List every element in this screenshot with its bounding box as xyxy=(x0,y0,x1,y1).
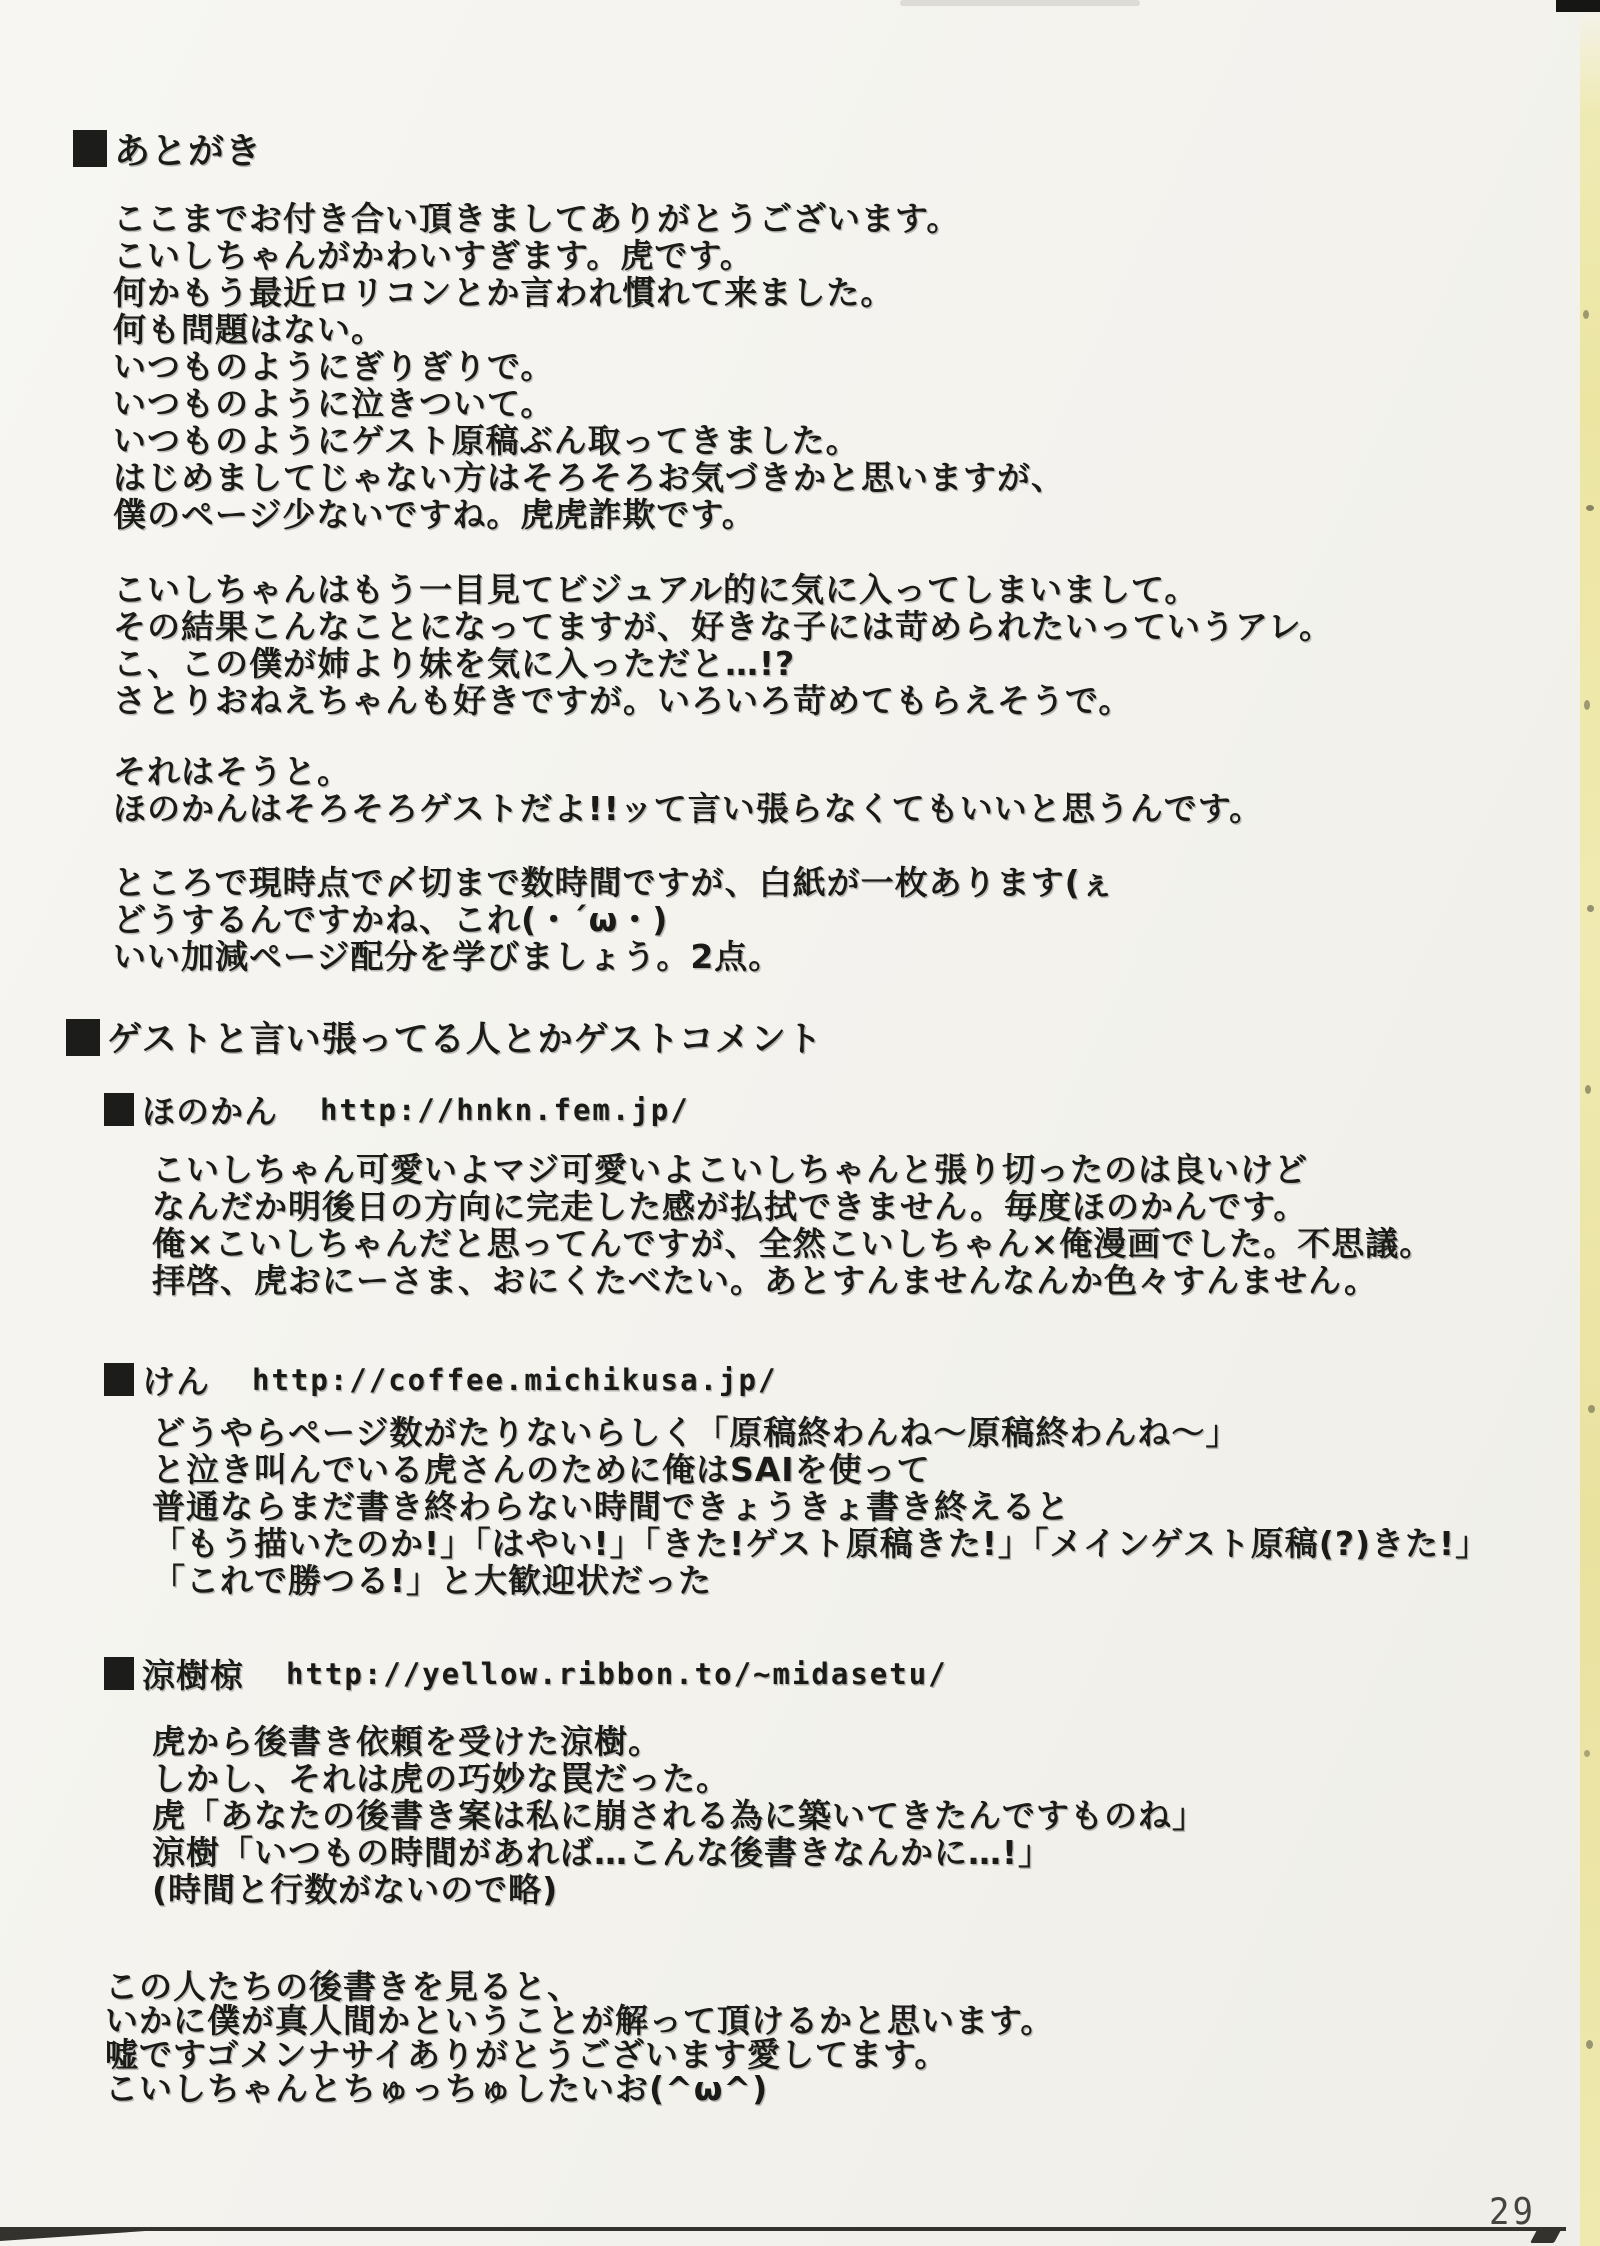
scan-speck xyxy=(1584,700,1590,710)
text-line: この人たちの後書きを見ると、 xyxy=(105,1970,1054,2004)
guest-url: http://yellow.ribbon.to/~midasetu/ xyxy=(286,1657,948,1691)
text-line: 拝啓、虎おにーさま、おにくたべたい。あとすんませんなんか色々すんません。 xyxy=(152,1262,1433,1299)
afterword-heading: あとがき xyxy=(73,123,262,174)
guest-comment-honokan: こいしちゃん可愛いよマジ可愛いよこいしちゃんと張り切ったのは良いけど なんだか明… xyxy=(152,1151,1433,1299)
afterword-paragraph-2: こいしちゃんはもう一目見てビジュアル的に気に入ってしまいまして。 その結果こんな… xyxy=(113,571,1333,719)
text-line: 普通ならまだ書き終わらない時間できょうきょ書き終えると xyxy=(152,1488,1489,1525)
square-bullet-icon xyxy=(104,1657,134,1690)
text-line: いつものようにゲスト原稿ぶん取ってきました。 xyxy=(113,422,1065,459)
scan-speck xyxy=(1587,905,1594,912)
scan-speck xyxy=(1588,1405,1595,1413)
text-line: ほのかんはそろそろゲストだよ!!ッて言い張らなくてもいいと思うんです。 xyxy=(113,790,1263,827)
text-line: ところで現時点で〆切まで数時間ですが、白紙が一枚あります(ぇ xyxy=(113,864,1115,901)
guest-header-ken: けん http://coffee.michikusa.jp/ xyxy=(104,1356,777,1403)
guest-name: 涼樹椋 xyxy=(142,1650,244,1697)
text-line: 何も問題はない。 xyxy=(113,311,1065,348)
guest-header-honokan: ほのかん http://hnkn.fem.jp/ xyxy=(104,1086,690,1133)
text-line: こ、この僕が姉より妹を気に入っただと…!? xyxy=(113,645,1333,682)
afterword-paragraph-1: ここまでお付き合い頂きましてありがとうございます。 こいしちゃんがかわいすぎます… xyxy=(113,200,1065,533)
text-line: こいしちゃんはもう一目見てビジュアル的に気に入ってしまいまして。 xyxy=(113,571,1333,608)
closing-paragraph: この人たちの後書きを見ると、 いかに僕が真人間かということが解って頂けるかと思い… xyxy=(105,1970,1054,2106)
text-line: しかし、それは虎の巧妙な罠だった。 xyxy=(152,1760,1206,1797)
text-line: なんだか明後日の方向に完走した感が払拭できません。毎度ほのかんです。 xyxy=(152,1188,1433,1225)
text-line: はじめましてじゃない方はそろそろお気づきかと思いますが、 xyxy=(113,459,1065,496)
text-line: と泣き叫んでいる虎さんのために俺はSAIを使って xyxy=(152,1451,1489,1488)
text-line: (時間と行数がないので略) xyxy=(152,1871,1206,1908)
scanned-afterword-page: あとがき ここまでお付き合い頂きましてありがとうございます。 こいしちゃんがかわ… xyxy=(0,0,1600,2246)
text-line: どうするんですかね、これ(・´ω・) xyxy=(113,901,1115,938)
guest-name: けん xyxy=(142,1356,210,1403)
afterword-paragraph-4: ところで現時点で〆切まで数時間ですが、白紙が一枚あります(ぇ どうするんですかね… xyxy=(113,864,1115,975)
guest-url: http://hnkn.fem.jp/ xyxy=(320,1093,690,1127)
text-line: どうやらページ数がたりないらしく「原稿終わんね〜原稿終わんね〜」 xyxy=(152,1414,1489,1451)
text-line: 僕のページ少ないですね。虎虎詐欺です。 xyxy=(113,496,1065,533)
text-line: こいしちゃんとちゅっちゅしたいお(^ω^) xyxy=(105,2072,1054,2106)
square-bullet-icon xyxy=(66,1019,100,1056)
scan-edge-strip xyxy=(1580,0,1600,2246)
text-line: いかに僕が真人間かということが解って頂けるかと思います。 xyxy=(105,2004,1054,2038)
text-line: 「もう描いたのか!」「はやい!」「きた!ゲスト原稿きた!」「メインゲスト原稿(?… xyxy=(152,1525,1489,1562)
scan-speck xyxy=(1584,1750,1590,1757)
guest-name: ほのかん xyxy=(142,1086,278,1133)
text-line: いつものように泣きついて。 xyxy=(113,385,1065,422)
guest-comment-ken: どうやらページ数がたりないらしく「原稿終わんね〜原稿終わんね〜」 と泣き叫んでい… xyxy=(152,1414,1489,1599)
text-line: 嘘ですゴメンナサイありがとうございます愛してます。 xyxy=(105,2038,1054,2072)
scan-speck xyxy=(1586,505,1594,511)
afterword-paragraph-3: それはそうと。 ほのかんはそろそろゲストだよ!!ッて言い張らなくてもいいと思うん… xyxy=(113,753,1263,827)
text-line: それはそうと。 xyxy=(113,753,1263,790)
square-bullet-icon xyxy=(73,130,107,167)
square-bullet-icon xyxy=(104,1363,134,1396)
guest-section-heading-text: ゲストと言い張ってる人とかゲストコメント xyxy=(107,1012,823,1062)
square-bullet-icon xyxy=(104,1093,134,1126)
guest-url: http://coffee.michikusa.jp/ xyxy=(252,1363,777,1397)
text-line: 虎から後書き依頼を受けた涼樹。 xyxy=(152,1723,1206,1760)
text-line: 「これで勝つる!」と大歓迎状だった xyxy=(152,1562,1489,1599)
top-right-corner-mark xyxy=(1556,0,1600,12)
text-line: 虎「あなたの後書き案は私に崩される為に築いてきたんですものね」 xyxy=(152,1797,1206,1834)
guest-section-heading: ゲストと言い張ってる人とかゲストコメント xyxy=(66,1012,823,1062)
text-line: いい加減ページ配分を学びましょう。2点。 xyxy=(113,938,1115,975)
text-line: こいしちゃん可愛いよマジ可愛いよこいしちゃんと張り切ったのは良いけど xyxy=(152,1151,1433,1188)
text-line: その結果こんなことになってますが、好きな子には苛められたいっていうアレ。 xyxy=(113,608,1333,645)
scan-speck xyxy=(1585,1085,1591,1094)
text-line: いつものようにぎりぎりで。 xyxy=(113,348,1065,385)
top-edge-smudge xyxy=(900,0,1140,6)
text-line: 俺×こいしちゃんだと思ってんですが、全然こいしちゃん×俺漫画でした。不思議。 xyxy=(152,1225,1433,1262)
guest-header-suzuki-ryo: 涼樹椋 http://yellow.ribbon.to/~midasetu/ xyxy=(104,1650,948,1697)
text-line: さとりおねえちゃんも好きですが。いろいろ苛めてもらえそうで。 xyxy=(113,682,1333,719)
guest-comment-suzuki-ryo: 虎から後書き依頼を受けた涼樹。 しかし、それは虎の巧妙な罠だった。 虎「あなたの… xyxy=(152,1723,1206,1908)
text-line: こいしちゃんがかわいすぎます。虎です。 xyxy=(113,237,1065,274)
bottom-rule-left-wedge xyxy=(0,2230,160,2241)
text-line: ここまでお付き合い頂きましてありがとうございます。 xyxy=(113,200,1065,237)
scan-speck xyxy=(1583,310,1589,319)
afterword-heading-text: あとがき xyxy=(114,123,262,174)
text-line: 何かもう最近ロリコンとか言われ慣れて来ました。 xyxy=(113,274,1065,311)
scan-speck xyxy=(1586,2040,1593,2049)
bottom-rule-line xyxy=(0,2227,1566,2231)
text-line: 涼樹「いつもの時間があれば…こんな後書きなんかに…!」 xyxy=(152,1834,1206,1871)
